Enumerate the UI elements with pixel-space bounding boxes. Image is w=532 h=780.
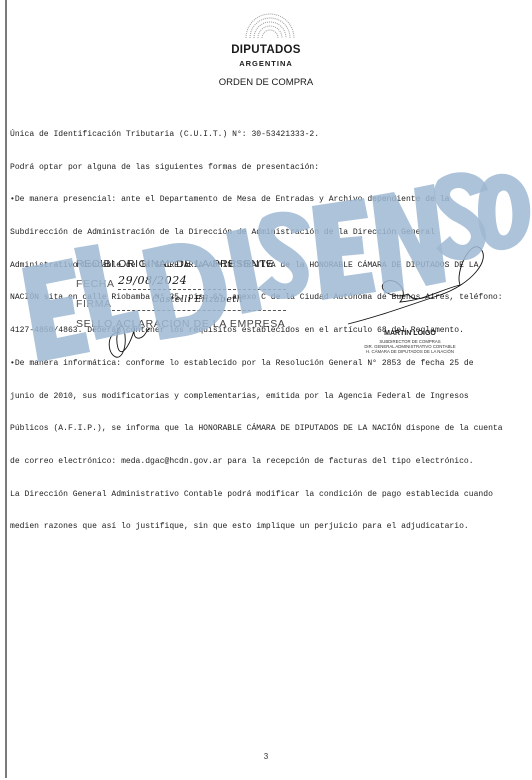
body-line: La Dirección General Administrativo Cont… [10, 490, 530, 501]
body-line: •De manera informática: conforme lo esta… [10, 359, 530, 370]
chamber-emblem-icon [240, 10, 300, 40]
signer-institution: H. CÁMARA DE DIPUTADOS DE LA NACIÓN [345, 349, 475, 354]
fecha-label: FECHA [76, 278, 115, 290]
body-line: medien razones que así lo justifique, si… [10, 522, 530, 533]
body-line: •De manera presencial: ante el Departame… [10, 195, 530, 206]
fecha-handwritten: 29/08/2024 [118, 274, 187, 287]
body-line: Única de Identificación Tributaria (C.U.… [10, 130, 530, 141]
institution-name: DIPUTADOS [0, 44, 532, 56]
fecha-line [118, 289, 286, 290]
page-left-edge [5, 0, 7, 778]
firma-handwritten: Castelli Elizabeth [152, 295, 243, 305]
document-title: ORDEN DE COMPRA [0, 77, 532, 88]
sello-label: SELLO ACLARACION DE LA EMPRESA [76, 318, 285, 330]
page-number: 3 [0, 752, 532, 761]
body-line: Subdirección de Administración de la Dir… [10, 228, 530, 239]
signer-name: MARTÍN LOIGO [345, 330, 475, 337]
body-line: Públicos (A.F.I.P.), se informa que la H… [10, 424, 530, 435]
body-line: Podrá optar por alguna de las siguientes… [10, 163, 530, 174]
country-name: ARGENTINA [0, 59, 532, 68]
firma-label: FIRMA [76, 298, 112, 310]
body-line: de correo electrónico: meda.dgac@hcdn.go… [10, 457, 530, 468]
receipt-heading: RECIBI ORIGINAL DE LA PRESENTE [76, 258, 274, 270]
body-line: junio de 2010, sus modificatorias y comp… [10, 392, 530, 403]
firma-line [112, 310, 286, 311]
